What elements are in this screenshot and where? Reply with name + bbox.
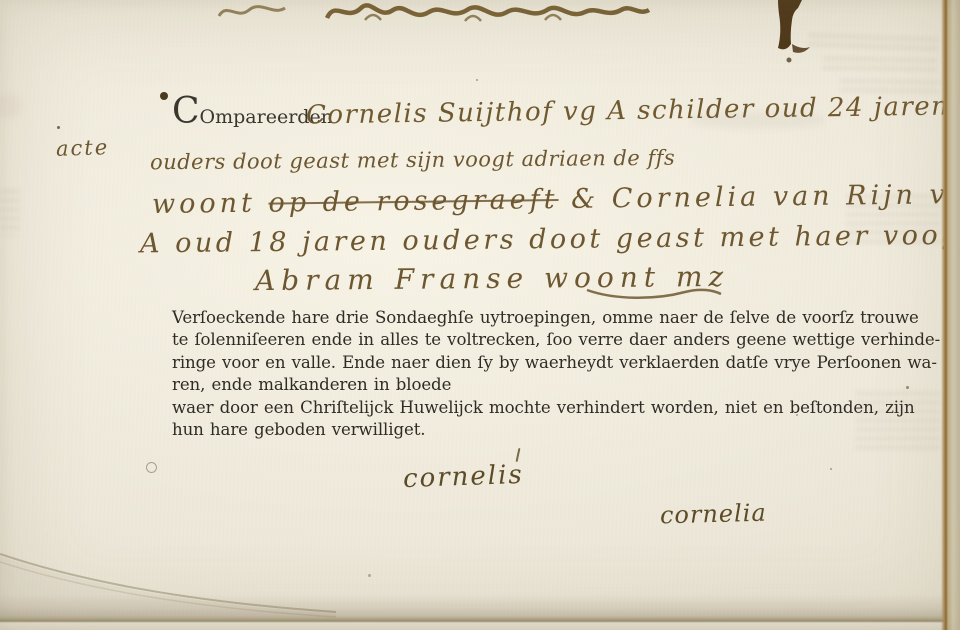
handwritten-line-4: A oud 18 jaren ouders doot geast met hae… — [140, 220, 960, 260]
cutoff-handwriting-top — [215, 0, 685, 24]
handwritten-line-3-struck-address: op de rosegraeft — [268, 184, 558, 219]
printed-paragraph-line: ren, ende malkanderen in bloede — [172, 374, 940, 396]
printed-paragraph: Verſoeckende hare drie Sondaeghſe uytroe… — [172, 307, 940, 441]
ink-dot — [160, 92, 168, 100]
paper-speck — [830, 468, 832, 470]
paper-speck — [57, 126, 60, 129]
margin-note-acte: acte — [56, 135, 110, 161]
handwritten-line-5-start: Abram Franse — [255, 262, 544, 298]
printed-paragraph-line: hun hare geboden verwilliget. — [172, 419, 940, 441]
handwritten-line-3-start: woont — [152, 188, 269, 220]
printed-paragraph-line: waer door een Chriſtelijck Huwelijck moc… — [172, 397, 940, 419]
handwritten-line-3: woont op de rosegraeft & Cornelia van Ri… — [152, 179, 960, 220]
signature-groom: cornelis — [403, 460, 525, 494]
printed-paragraph-line: ringe voor en valle. Ende naer dien ſy b… — [172, 352, 940, 374]
show-through-ghost-word — [690, 112, 825, 128]
paper-speck — [368, 574, 371, 577]
manuscript-page: COmpareerden acte Cornelis Suijthof vg A… — [0, 0, 960, 630]
page-right-edge — [941, 0, 960, 630]
printed-paragraph-line: te ſolenniſeeren ende in alles te voltre… — [172, 329, 940, 351]
heading-initial-capital: C — [172, 91, 200, 132]
page-bottom-edge — [0, 594, 960, 630]
paper-speck — [906, 386, 909, 389]
show-through-red-mark — [0, 94, 22, 118]
show-through-text — [808, 34, 938, 55]
signature-bride: cornelia — [660, 499, 767, 530]
handwritten-line-2: ouders doot geast met sijn voogt adriaen… — [150, 146, 675, 175]
show-through-text — [846, 195, 941, 245]
handwritten-line-1: Cornelis Suijthof vg A schilder oud 24 j… — [306, 92, 950, 131]
show-through-text — [822, 57, 937, 73]
paper-speck — [476, 79, 478, 81]
printed-paragraph-line: Verſoeckende hare drie Sondaeghſe uytroe… — [172, 307, 940, 329]
show-through-text — [0, 190, 20, 236]
show-through-text — [855, 392, 940, 450]
small-ring-mark — [146, 462, 157, 473]
show-through-text — [840, 79, 940, 93]
paper-speck — [796, 414, 798, 416]
pen-flourish — [585, 284, 725, 302]
